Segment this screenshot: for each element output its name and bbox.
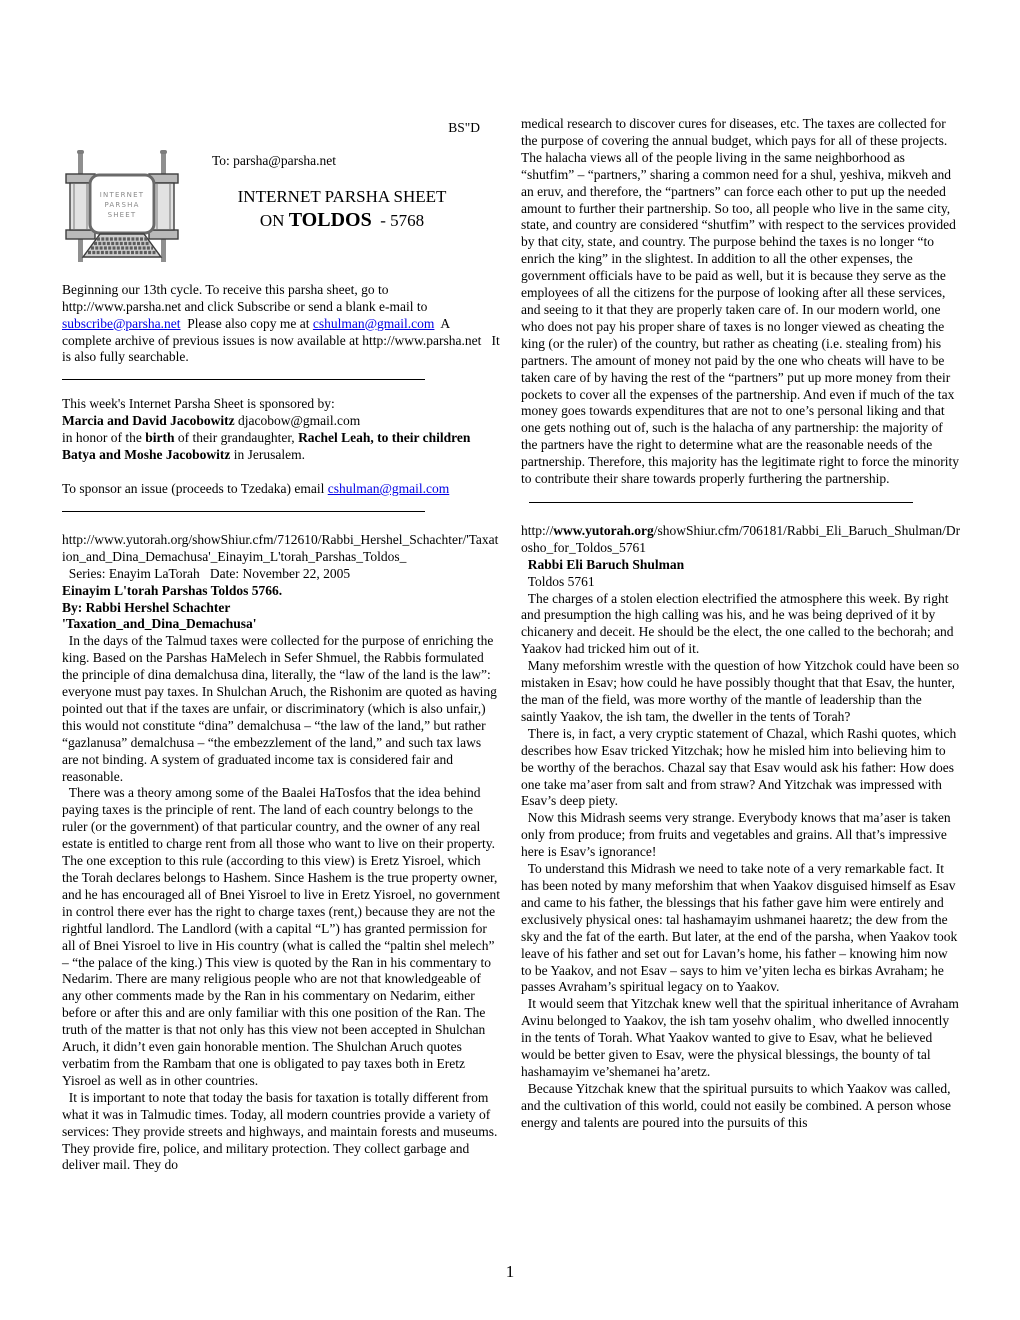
text-segment: Beginning our 13th cycle. To receive thi… (62, 282, 431, 314)
sponsor-block: This week's Internet Parsha Sheet is spo… (62, 396, 500, 464)
masthead-text: To: parsha@parsha.net INTERNET PARSHA SH… (184, 150, 500, 268)
right-column: medical research to discover cures for d… (521, 116, 961, 1132)
article2-paragraph: The charges of a stolen election electri… (521, 591, 961, 659)
article1-paragraph: There was a theory among some of the Baa… (62, 785, 500, 1089)
bsd-label: BS"D (62, 120, 500, 137)
subtitle-on: ON (260, 211, 289, 230)
sheet-title: INTERNET PARSHA SHEET (184, 186, 500, 208)
sponsor-email: djacobow@gmail.com (235, 413, 361, 428)
text-segment: http:// (521, 523, 553, 538)
subscription-info: Beginning our 13th cycle. To receive thi… (62, 282, 500, 367)
logo-text-line2: PARSHA (104, 201, 139, 209)
text-segment: Please also copy me at (181, 316, 313, 331)
text-segment: in honor of the (62, 430, 145, 445)
article1-topic: 'Taxation_and_Dina_Demachusa' (62, 616, 500, 633)
left-column: BS"D (62, 120, 500, 1174)
sheet-title-block: INTERNET PARSHA SHEET ON TOLDOS - 5768 (184, 186, 500, 233)
sponsor-contact-line: To sponsor an issue (proceeds to Tzedaka… (62, 481, 500, 498)
article2-paragraph: Now this Midrash seems very strange. Eve… (521, 810, 961, 861)
article1-continuation: medical research to discover cures for d… (521, 116, 961, 488)
sheet-subtitle: ON TOLDOS - 5768 (184, 208, 500, 233)
article1-paragraph: It is important to note that today the b… (62, 1090, 500, 1175)
article2-paragraph: It would seem that Yitzchak knew well th… (521, 996, 961, 1081)
article1-paragraph: In the days of the Talmud taxes were col… (62, 633, 500, 785)
section-divider (529, 502, 913, 503)
text-segment: of their grandaughter, (175, 430, 299, 445)
article2-title: Toldos 5761 (521, 574, 961, 591)
article1-author: By: Rabbi Hershel Schachter (62, 600, 500, 617)
text-segment: in Jerusalem. (230, 447, 305, 462)
article2-paragraph: To understand this Midrash we need to ta… (521, 861, 961, 996)
tzedaka-email-link[interactable]: cshulman@gmail.com (328, 481, 450, 496)
logo-text-line1: INTERNET (100, 191, 144, 199)
article2-paragraph: Many meforshim wrestle with the question… (521, 658, 961, 726)
document-page: BS"D (0, 0, 1020, 1320)
section-divider (62, 379, 425, 380)
page-number: 1 (0, 1264, 1020, 1281)
yutorah-domain: www.yutorah.org (553, 523, 654, 538)
subscribe-email-link[interactable]: subscribe@parsha.net (62, 316, 181, 331)
logo-text-line3: SHEET (108, 211, 137, 219)
subtitle-year: - 5768 (372, 211, 424, 230)
to-address-line: To: parsha@parsha.net (212, 153, 500, 170)
article1-title: Einayim L'torah Parshas Toldos 5766. (62, 583, 500, 600)
article1-series-line: Series: Enayim LaTorah Date: November 22… (62, 566, 500, 583)
text-segment: birth (145, 430, 174, 445)
article2-url: http://www.yutorah.org/showShiur.cfm/706… (521, 523, 961, 557)
article2-paragraph: There is, in fact, a very cryptic statem… (521, 726, 961, 811)
article1-url: http://www.yutorah.org/showShiur.cfm/712… (62, 532, 500, 566)
parsha-sheet-logo: INTERNET PARSHA SHEET (62, 150, 184, 268)
masthead: INTERNET PARSHA SHEET To: parsha@parsha.… (62, 150, 500, 268)
section-divider (62, 511, 425, 512)
cshulman-email-link[interactable]: cshulman@gmail.com (313, 316, 435, 331)
article2-author: Rabbi Eli Baruch Shulman (521, 557, 961, 574)
torah-scroll-computer-icon: INTERNET PARSHA SHEET (62, 150, 182, 263)
article2-paragraph: Because Yitzchak knew that the spiritual… (521, 1081, 961, 1132)
sponsor-intro: This week's Internet Parsha Sheet is spo… (62, 396, 335, 411)
parsha-name: TOLDOS (289, 209, 372, 231)
text-segment: To sponsor an issue (proceeds to Tzedaka… (62, 481, 328, 496)
sponsor-names: Marcia and David Jacobowitz (62, 413, 235, 428)
